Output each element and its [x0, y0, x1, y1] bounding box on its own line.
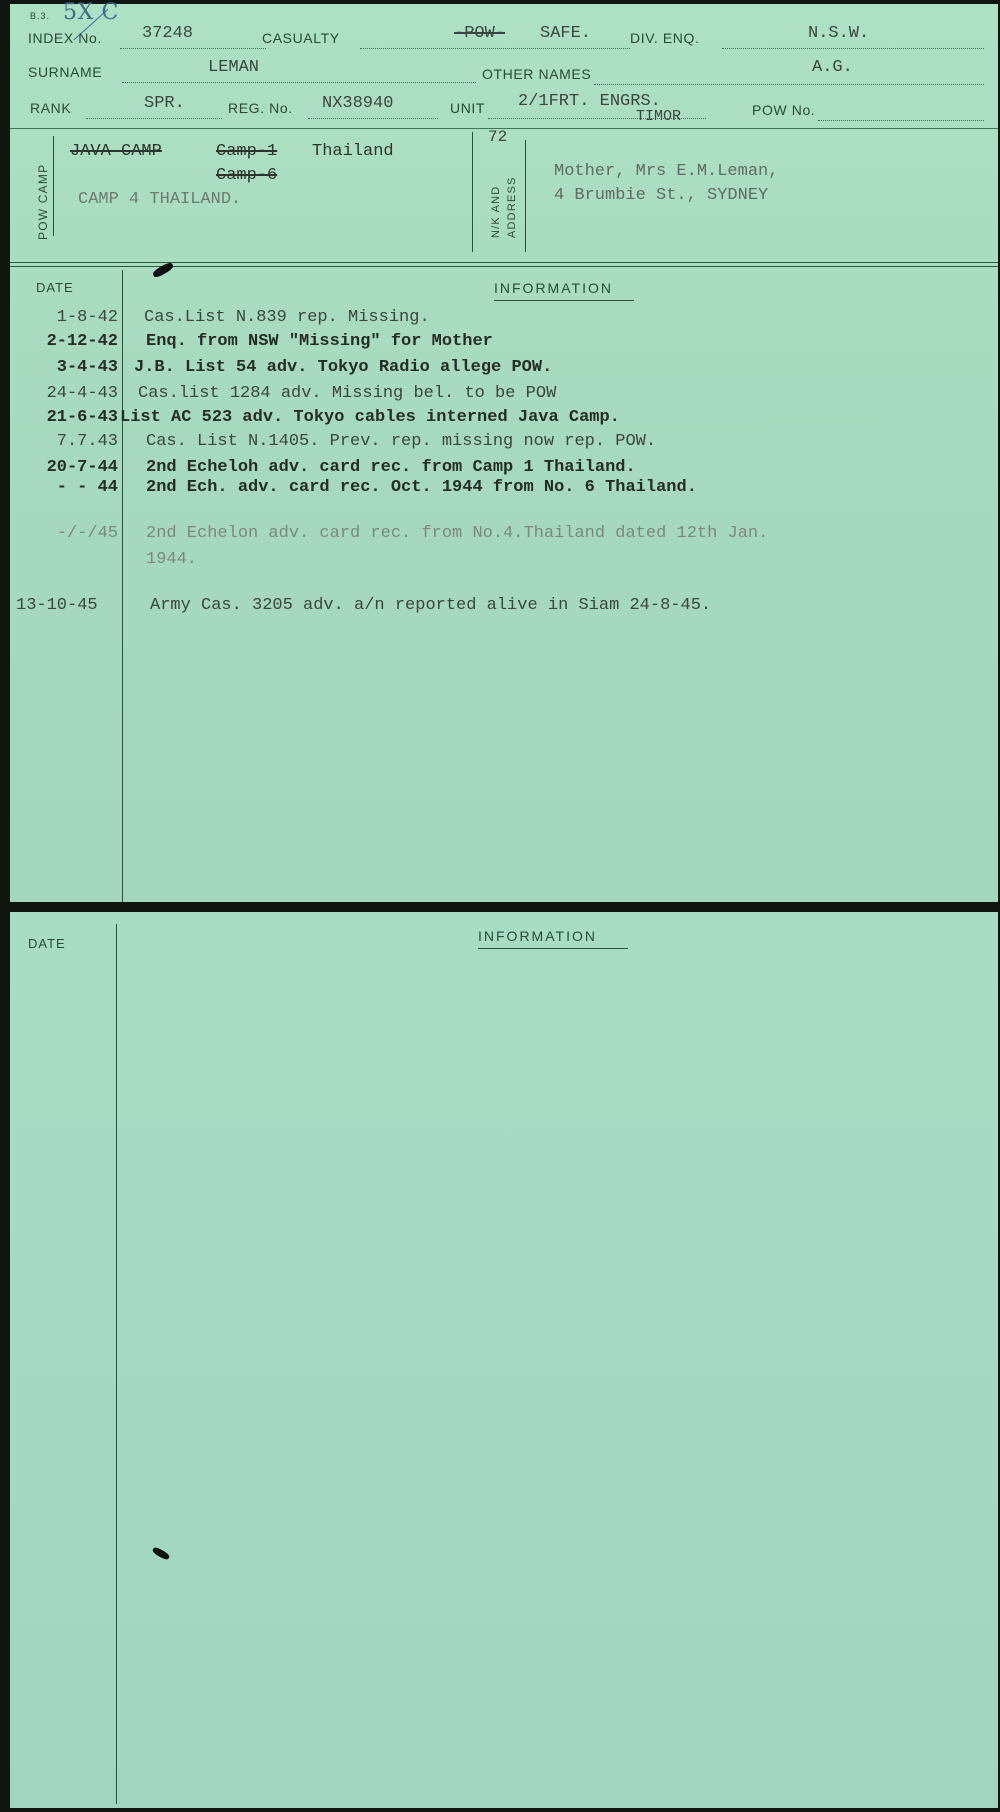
table-row: 3-4-43J.B. List 54 adv. Tokyo Radio alle… — [10, 358, 998, 382]
row-date: 2-12-42 — [8, 332, 118, 351]
reg-no-line — [308, 118, 438, 119]
table-row: 21-6-43List AC 523 adv. Tokyo cables int… — [10, 408, 998, 432]
pow-camp-current-value: CAMP 4 THAILAND. — [78, 190, 241, 209]
table-top-rule-1 — [10, 262, 998, 263]
table-row: 1-8-42Cas.List N.839 rep. Missing. — [10, 308, 998, 332]
nk-right-divider — [525, 140, 526, 252]
div-enq-label: DIV. ENQ. — [630, 30, 699, 46]
reg-no-label: REG. No. — [228, 100, 293, 116]
row-date: 13-10-45 — [16, 596, 98, 615]
pow-camp-struck-camp1: Camp-1 — [216, 142, 277, 161]
row-information: Enq. from NSW "Missing" for Mother — [146, 332, 493, 351]
ink-blot-back — [151, 1546, 170, 1561]
surname-label: SURNAME — [28, 64, 102, 80]
pow-no-line — [818, 120, 984, 121]
div-enq-value: N.S.W. — [808, 24, 869, 43]
pow-camp-struck-camp6: Camp-6 — [216, 166, 277, 185]
pow-no-label: POW No. — [752, 102, 815, 118]
table-row: 2-12-42Enq. from NSW "Missing" for Mothe… — [10, 332, 998, 356]
casualty-value: SAFE. — [540, 24, 591, 43]
pow-camp-label: POW CAMP — [36, 164, 50, 240]
div-enq-line — [722, 48, 984, 49]
row-date: -/-/45 — [8, 524, 118, 543]
row-date: - - 44 — [8, 478, 118, 497]
date-header: DATE — [36, 280, 74, 295]
nk-number: 72 — [488, 128, 507, 146]
information-header: INFORMATION — [494, 280, 613, 296]
table-row: - - 442nd Ech. adv. card rec. Oct. 1944 … — [10, 478, 998, 502]
index-no-label: INDEX No. — [28, 30, 102, 46]
pen-annotation-5x: 5X C — [63, 0, 119, 25]
nk-label-2: ADDRESS — [506, 176, 518, 238]
nk-address-line-2: 4 Brumbie St., SYDNEY — [554, 186, 768, 205]
table-row: -/-/452nd Echelon adv. card rec. from No… — [10, 524, 998, 548]
pow-camp-struck-java: JAVA CAMP — [70, 142, 162, 161]
table-row: 13-10-45Army Cas. 3205 adv. a/n reported… — [10, 596, 998, 620]
casualty-line — [360, 48, 630, 49]
table-row: 24-4-43Cas.list 1284 adv. Missing bel. t… — [10, 384, 998, 408]
information-underline — [494, 300, 634, 301]
surname-line — [122, 82, 476, 83]
form-code: B.3. — [30, 11, 50, 21]
index-no-line — [120, 48, 266, 49]
ink-blot — [151, 261, 174, 279]
row-date: 24-4-43 — [8, 384, 118, 403]
information-underline-back — [478, 948, 628, 949]
row-date: 7.7.43 — [8, 432, 118, 451]
reg-no-value: NX38940 — [322, 94, 393, 113]
row-information: Cas.list 1284 adv. Missing bel. to be PO… — [138, 384, 556, 403]
date-header-back: DATE — [28, 936, 66, 951]
pow-camp-value-thailand: Thailand — [312, 142, 394, 161]
nk-label-1: N/K AND — [490, 186, 502, 238]
information-header-back: INFORMATION — [478, 928, 597, 944]
row-date: 20-7-44 — [8, 458, 118, 477]
row-information-continued: 1944. — [146, 550, 197, 569]
row-date: 3-4-43 — [8, 358, 118, 377]
record-card-front: 5X C B.3. INDEX No. 37248 CASUALTY -POW-… — [10, 4, 998, 902]
row-information: 2nd Ech. adv. card rec. Oct. 1944 from N… — [146, 478, 697, 497]
nk-left-divider — [472, 132, 473, 252]
row-information: J.B. List 54 adv. Tokyo Radio allege POW… — [134, 358, 552, 377]
casualty-struck-value: -POW- — [454, 24, 505, 43]
table-row: 7.7.43Cas. List N.1405. Prev. rep. missi… — [10, 432, 998, 456]
index-no-value: 37248 — [142, 24, 193, 43]
rank-value: SPR. — [144, 94, 185, 113]
rank-line — [86, 118, 222, 119]
surname-value: LEMAN — [208, 58, 259, 77]
rank-label: RANK — [30, 100, 71, 116]
row-information: 2nd Echeloh adv. card rec. from Camp 1 T… — [146, 458, 636, 477]
nk-address-line-1: Mother, Mrs E.M.Leman, — [554, 162, 778, 181]
casualty-label: CASUALTY — [262, 30, 340, 46]
other-names-line — [594, 84, 984, 85]
row-date: 21-6-43 — [8, 408, 118, 427]
record-card-back: DATE INFORMATION — [10, 912, 998, 1808]
pow-camp-divider — [53, 136, 54, 236]
unit-sub-value: TIMOR — [636, 108, 681, 125]
other-names-value: A.G. — [812, 58, 853, 77]
unit-label: UNIT — [450, 100, 485, 116]
row-information: Army Cas. 3205 adv. a/n reported alive i… — [150, 596, 711, 615]
row-information: 2nd Echelon adv. card rec. from No.4.Tha… — [146, 524, 768, 543]
row-information: Cas. List N.1405. Prev. rep. missing now… — [146, 432, 656, 451]
row-date: 1-8-42 — [8, 308, 118, 327]
other-names-label: OTHER NAMES — [482, 66, 591, 82]
row-information: Cas.List N.839 rep. Missing. — [144, 308, 430, 327]
row-information: List AC 523 adv. Tokyo cables interned J… — [120, 408, 620, 427]
date-column-divider-back — [116, 924, 117, 1804]
